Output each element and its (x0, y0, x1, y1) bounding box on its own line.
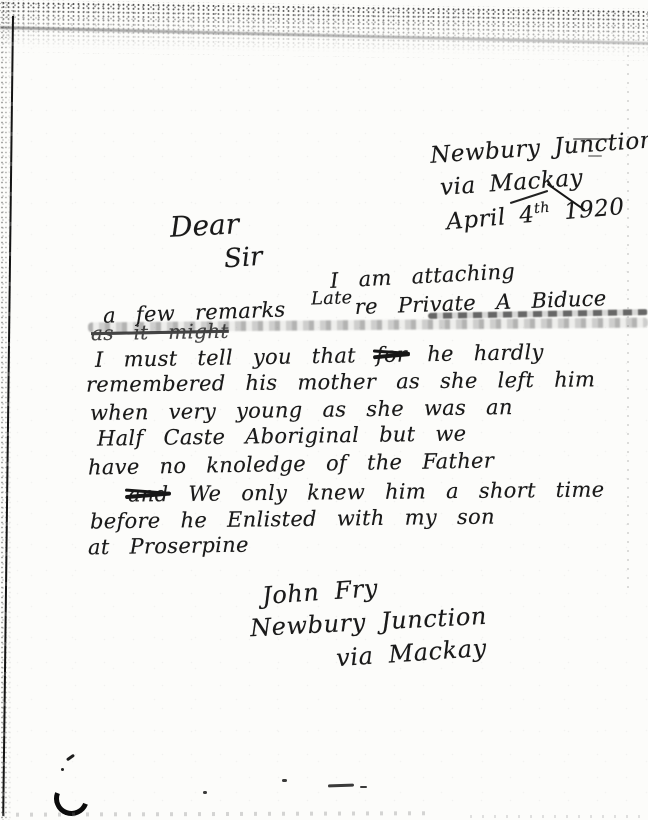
date-year: 1920 (563, 194, 626, 225)
ink-dash (573, 138, 611, 140)
inserted-word-late: Late (311, 287, 353, 309)
body-line-3: I must tell you that for he hardly (95, 340, 544, 372)
struck-text-as-it-might: as it might (91, 319, 229, 345)
struck-word-for: for (376, 342, 408, 367)
body-line-10: at Proserpine (88, 533, 249, 560)
scan-bottom-speckle (2, 811, 432, 817)
heading-date-line: April 4th 1920 (445, 193, 625, 235)
struck-word-and: and (128, 482, 169, 506)
ink-dash (360, 786, 367, 788)
ink-dash (282, 779, 287, 782)
salutation-dear: Dear (169, 207, 240, 244)
body-line-4: remembered his mother as she left him (86, 367, 595, 396)
heading-address-line-1: Newbury Junction (429, 127, 648, 169)
body-line-3-pre: I must tell you that (95, 343, 356, 372)
body-line-6: Half Caste Aboriginal but we (97, 421, 467, 450)
signature-address-2: via Mackay (335, 634, 487, 672)
date-text: April 4 (445, 202, 535, 236)
body-line-7: have no knoledge of the Father (88, 448, 494, 479)
body-line-1-mid: re (354, 294, 378, 319)
body-line-8-post: We only knew him a short time (188, 478, 604, 506)
body-line-2-struck: as it might (91, 319, 229, 345)
ink-dot-above-punch (61, 768, 64, 771)
body-line-3-post: he hardly (427, 340, 544, 366)
body-line-9: before he Enlisted with my son (90, 505, 495, 534)
signature-name: John Fry (261, 574, 379, 610)
scan-bottom-speckle-right (470, 815, 640, 818)
scanned-letter-page: Newbury Junction via Mackay April 4th 19… (0, 0, 648, 820)
ink-dash (588, 155, 602, 157)
body-line-8: and We only knew him a short time (128, 478, 605, 507)
date-ordinal: th (533, 200, 550, 217)
body-line-5: when very young as she was an (90, 395, 513, 425)
body-opening: I am attaching (329, 259, 515, 293)
ink-dash (203, 791, 207, 794)
salutation-sir: Sir (223, 242, 264, 275)
ink-dash-above-punch (66, 754, 75, 762)
ink-dash (328, 784, 354, 788)
